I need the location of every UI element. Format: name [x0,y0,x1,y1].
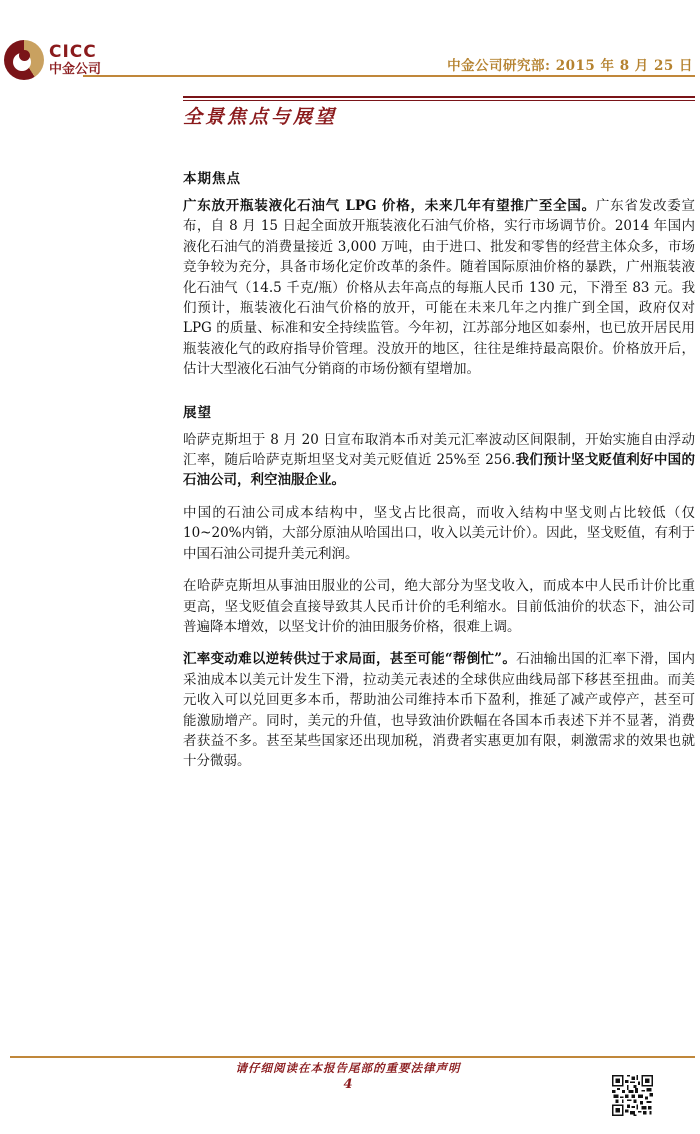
footer-rule [10,1056,695,1058]
outlook-p4-bold: 汇率变动难以逆转供过于求局面，甚至可能“帮倒忙”。 [183,651,516,667]
outlook-p4-text: 石油输出国的汇率下滑，国内采油成本以美元计发生下滑，拉动美元表述的全球供应曲线局… [183,651,695,769]
legal-disclaimer: 请仔细阅读在本报告尾部的重要法律声明 [10,1061,686,1076]
research-dept-date: 中金公司研究部: 2015 年 8 月 25 日 [447,54,693,74]
focus-paragraph: 广东放开瓶装液化石油气 LPG 价格，未来几年有望推广至全国。广东省发改委宣布，… [183,196,695,380]
outlook-paragraph-3: 在哈萨克斯坦从事油田服业的公司，绝大部分为坚戈收入，而成本中人民币计价比重更高，… [183,576,695,637]
report-body: 全景焦点与展望 本期焦点 广东放开瓶装液化石油气 LPG 价格，未来几年有望推广… [183,96,695,772]
logo-acronym: CICC [49,44,101,61]
qr-code-icon [612,1075,653,1116]
page-number: 4 [10,1077,686,1092]
focus-body-text: 广东省发改委宣布，自 8 月 15 日起全面放开瓶装液化石油气价格，实行市场调节… [183,198,695,377]
focus-lead-bold: 广东放开瓶装液化石油气 LPG 价格，未来几年有望推广至全国。 [183,198,596,214]
cicc-logo-icon [4,40,44,80]
outlook-paragraph-4: 汇率变动难以逆转供过于求局面，甚至可能“帮倒忙”。石油输出国的汇率下滑，国内采油… [183,649,695,771]
section-heading-outlook: 展望 [183,406,695,421]
outlook-paragraph-2: 中国的石油公司成本结构中，坚戈占比很高，而收入结构中坚戈则占比较低（仅 10~2… [183,503,695,564]
title-rule [183,96,695,101]
page-title: 全景焦点与展望 [183,104,695,130]
header-rule [83,75,695,77]
report-page: { "header": { "logo_acronym": "CICC", "l… [0,0,700,1134]
section-heading-focus: 本期焦点 [183,172,695,187]
outlook-paragraph-1: 哈萨克斯坦于 8 月 20 日宣布取消本币对美元汇率波动区间限制，开始实施自由浮… [183,430,695,491]
page-footer: 请仔细阅读在本报告尾部的重要法律声明 4 [0,1050,700,1134]
cicc-logo: CICC 中金公司 [4,40,101,80]
page-header: CICC 中金公司 中金公司研究部: 2015 年 8 月 25 日 [0,0,700,100]
cicc-logo-text: CICC 中金公司 [49,44,101,76]
